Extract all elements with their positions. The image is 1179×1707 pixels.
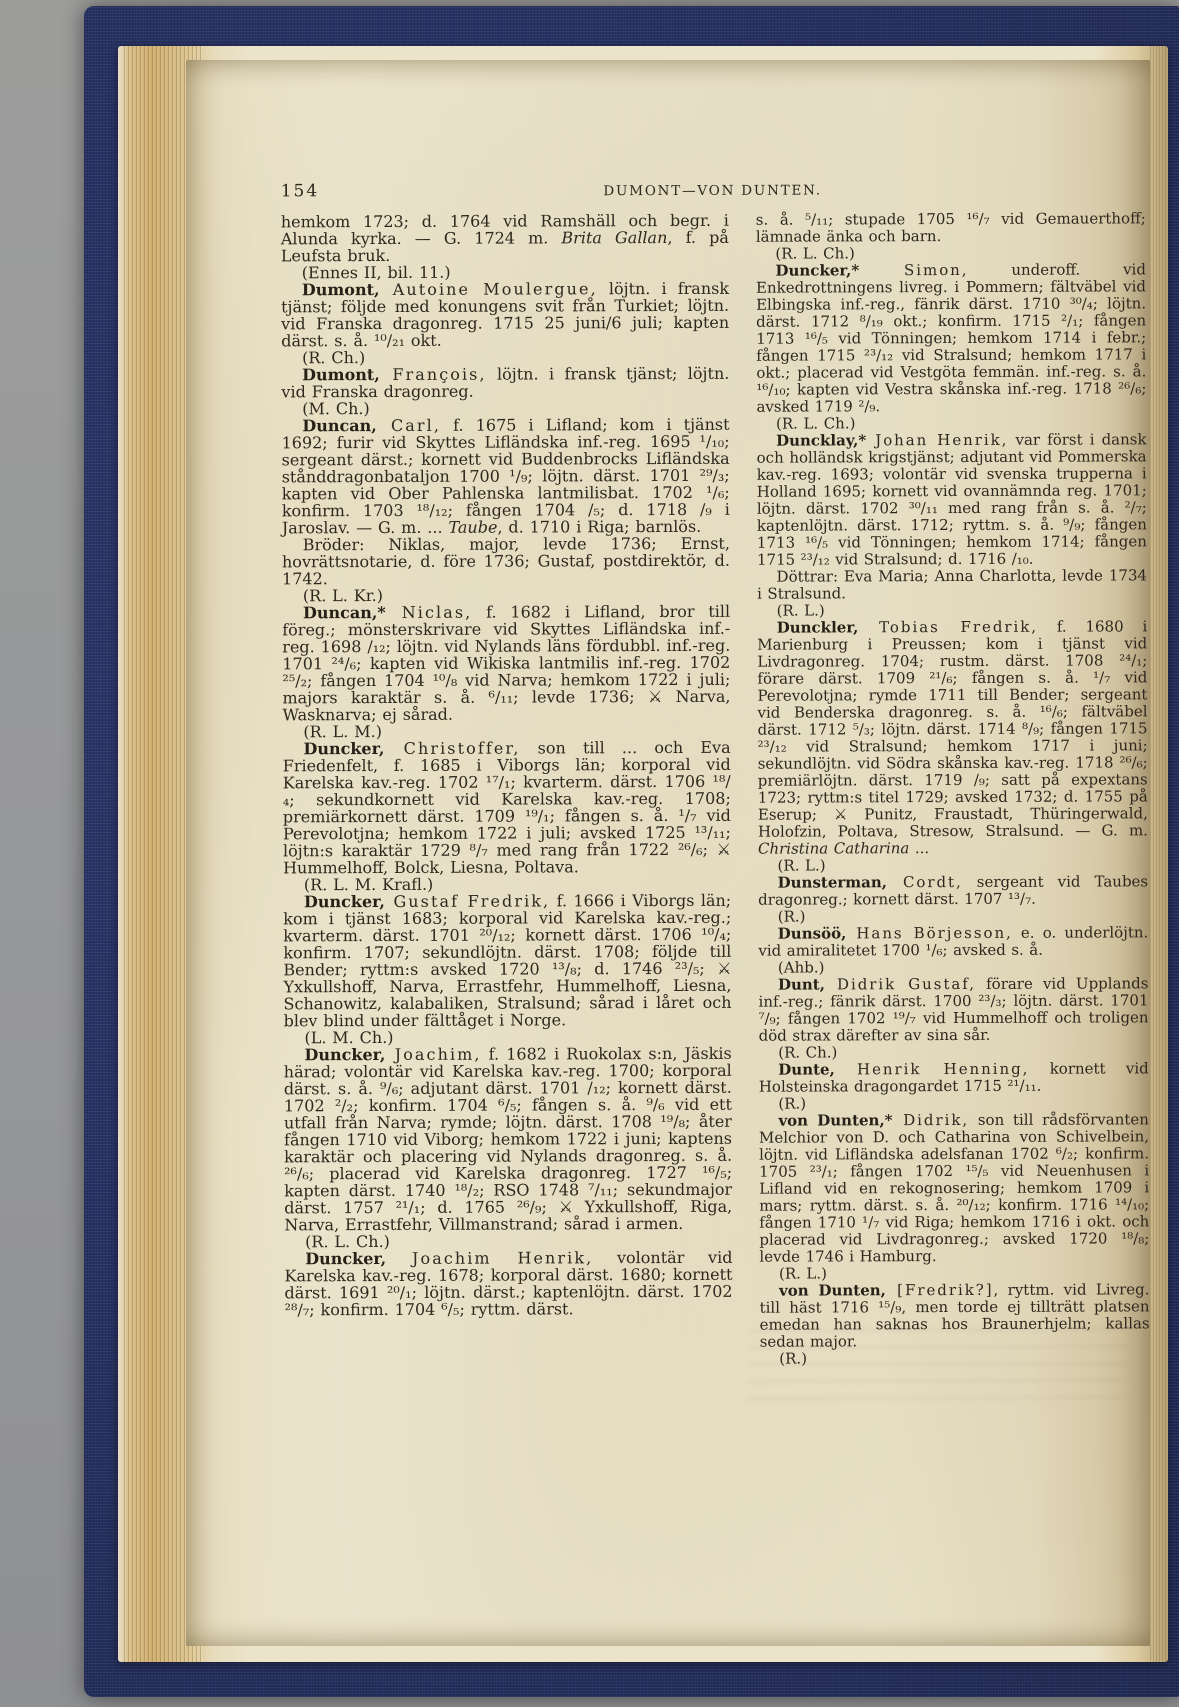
entry-text: underoff. vid Enkedrottningens livreg. i… [756, 260, 1146, 415]
entry-paragraph: von Dunten,* Didrik, son till rådsförvan… [759, 1111, 1150, 1265]
entry-text: (R. L. Ch.) [776, 414, 855, 432]
entry-person-name: Tobias Fredrik, [858, 618, 1038, 637]
entry-text: Döttrar: Eva Maria; Anna Charlotta, levd… [757, 566, 1147, 602]
right-page-edges [1150, 46, 1166, 1662]
entry-person-name: Johan Henrik, [866, 431, 1008, 449]
entry-paragraph: Dumont, François, löjtn. i fransk tjänst… [281, 365, 729, 401]
entry-headword: von Dunten, [779, 1281, 886, 1299]
entry-person-name: Didrik, [892, 1111, 969, 1129]
entry-text: (R. Ch.) [778, 1043, 837, 1061]
entry-paragraph: Duncker,* Simon, underoff. vid Enkedrott… [756, 261, 1147, 415]
entry-paragraph: Duncklay,* Johan Henrik, var först i dan… [757, 431, 1147, 568]
entry-text: f. 1682 i Ruokolax s:n, Jäskis härad; vo… [284, 1044, 733, 1235]
entry-paragraph: Dunt, Didrik Gustaf, förare vid Upplands… [758, 975, 1148, 1044]
entry-paragraph: s. å. ⁵/₁₁; stupade 1705 ¹⁶/₇ vid Gemaue… [756, 210, 1146, 245]
entry-text: son till ... och Eva Friedenfelt, f. 168… [283, 738, 731, 878]
entry-text: (Ahb.) [778, 958, 825, 976]
entry-paragraph: Döttrar: Eva Maria; Anna Charlotta, levd… [757, 567, 1147, 602]
entry-text: (R. L. Ch.) [775, 244, 854, 262]
entry-paragraph: Dunsöö, Hans Börjesson, e. o. underlöjtn… [758, 924, 1148, 959]
entry-text: (R.) [778, 1095, 806, 1113]
entry-paragraph: Duncker, Joachim Henrik, volontär vid Ka… [284, 1249, 732, 1319]
entry-text: f. 1680 i Marienburg i Preussen; kom i t… [757, 617, 1148, 840]
entry-text: ... [909, 839, 929, 857]
entry-text: f. 1666 i Viborgs län; kom i tjänst 1683… [283, 891, 731, 1031]
entry-headword: Dunt, [778, 975, 825, 993]
entry-text: son till rådsförvanten Melchior von D. o… [759, 1110, 1149, 1265]
entry-paragraph: Dunsterman, Cordt, sergeant vid Taubes d… [758, 873, 1148, 908]
ink-bleedthrough [747, 1320, 1129, 1399]
entry-paragraph: Duncker, Christoffer, son till ... och E… [283, 739, 731, 877]
entry-text: (R. L.) [777, 601, 825, 619]
right-column: s. å. ⁵/₁₁; stupade 1705 ¹⁶/₇ vid Gemaue… [756, 210, 1150, 1367]
book-page: 154 DUMONT—VON DUNTEN. hemkom 1723; d. 1… [186, 60, 1150, 1646]
entry-text: f. 1682 i Lifland, bror till föreg.; mön… [282, 602, 730, 725]
entry-text: Bröder: Niklas, major, levde 1736; Ernst… [282, 534, 730, 589]
entry-headword: Dunsöö, [778, 924, 847, 942]
entry-paragraph: Dumont, Autoine Moulergue, löjtn. i fran… [281, 280, 729, 350]
entry-headword: Dunte, [778, 1060, 835, 1078]
entry-person-name: Cordt, [887, 873, 963, 891]
page-content: 154 DUMONT—VON DUNTEN. hemkom 1723; d. 1… [183, 58, 1153, 1647]
italic-text: Brita Gallan [561, 228, 667, 247]
book-page-photo: 154 DUMONT—VON DUNTEN. hemkom 1723; d. 1… [0, 0, 1179, 1707]
entry-paragraph: hemkom 1723; d. 1764 vid Ramshäll och be… [281, 212, 729, 265]
entry-paragraph: Duncan, Carl, f. 1675 i Lifland; kom i t… [281, 416, 729, 537]
entry-person-name: Henrik Henning, [835, 1060, 1030, 1079]
left-column: hemkom 1723; d. 1764 vid Ramshäll och be… [281, 212, 733, 1319]
entry-headword: von Dunten,* [778, 1111, 892, 1129]
entry-headword: Dunsterman, [778, 873, 887, 891]
entry-paragraph: Dunte, Henrik Henning, kornett vid Holst… [759, 1060, 1149, 1095]
entry-paragraph: Duncan,* Niclas, f. 1682 i Lifland, bror… [282, 603, 730, 724]
entry-text: (R. L.) [779, 1264, 827, 1282]
entry-text: var först i dansk och holländsk krigstjä… [757, 430, 1147, 568]
entry-headword: Dunckler, [777, 618, 859, 636]
entry-paragraph: Duncker, Joachim, f. 1682 i Ruokolax s:n… [284, 1045, 733, 1234]
entry-person-name: Hans Börjesson, [846, 924, 1013, 943]
entry-text: (R.) [778, 908, 806, 926]
entry-headword: Duncker,* [775, 261, 859, 279]
entry-text: s. å. ⁵/₁₁; stupade 1705 ¹⁶/₇ vid Gemaue… [756, 209, 1146, 245]
entry-paragraph: Bröder: Niklas, major, levde 1736; Ernst… [282, 535, 730, 588]
italic-text: Christina Catharina [758, 839, 909, 858]
entry-paragraph: Dunckler, Tobias Fredrik, f. 1680 i Mari… [757, 618, 1148, 857]
entry-person-name: Simon, [859, 261, 968, 279]
entry-text: (R. L.) [778, 856, 826, 874]
entry-person-name: Didrik Gustaf, [825, 975, 976, 994]
running-header: DUMONT—VON DUNTEN. [281, 181, 1145, 200]
entry-headword: Duncklay,* [776, 431, 866, 449]
entry-paragraph: Duncker, Gustaf Fredrik, f. 1666 i Vibor… [283, 892, 731, 1030]
entry-person-name: [Fredrik?] [886, 1281, 994, 1299]
